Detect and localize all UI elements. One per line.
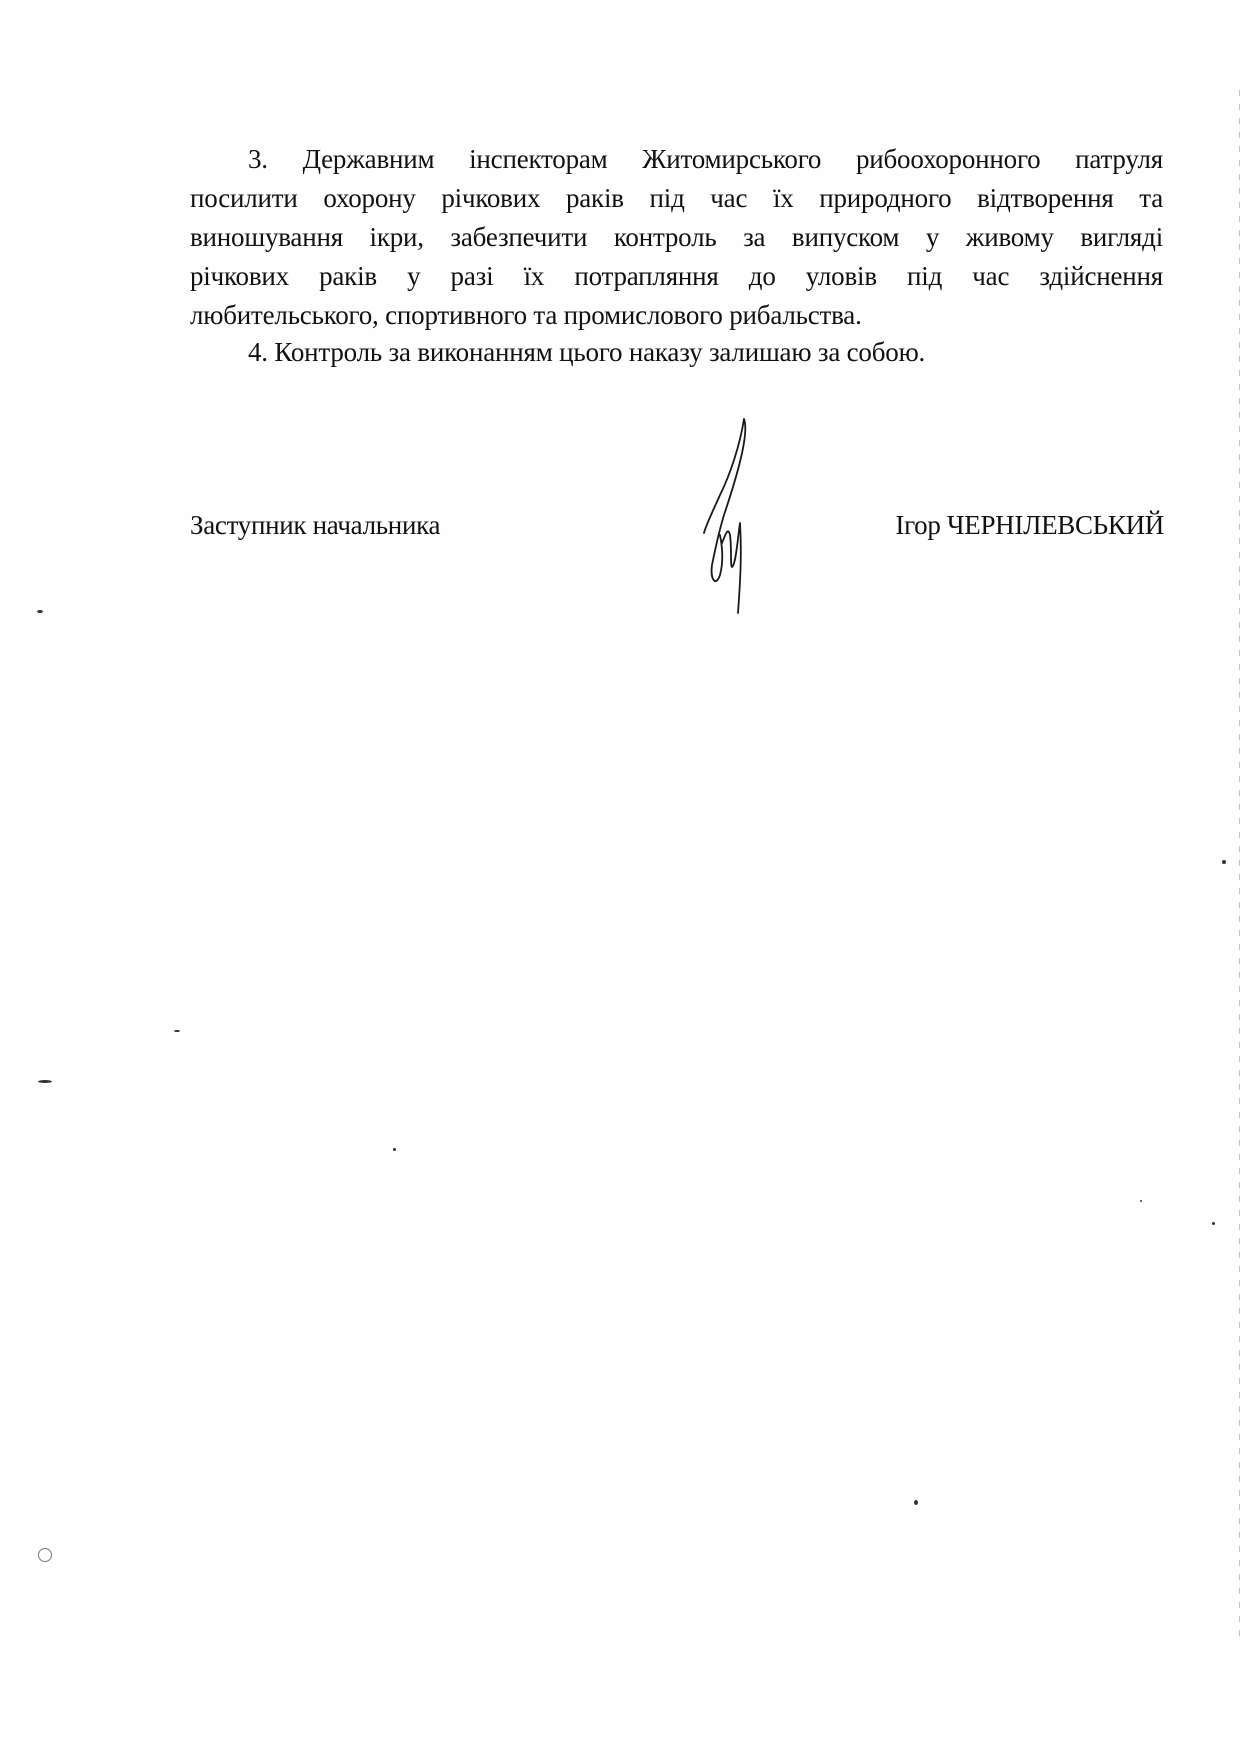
scan-speck — [914, 1500, 918, 1505]
paragraph-line: 4. Контроль за виконанням цього наказу з… — [190, 333, 1163, 372]
scan-speck — [37, 610, 43, 613]
scan-edge-line — [1239, 90, 1240, 1640]
scan-speck — [1222, 860, 1226, 864]
scan-speck — [38, 1080, 52, 1083]
paragraph-line: річкових раків у разі їх потрапляння до … — [190, 257, 1163, 296]
scan-speck — [174, 1030, 180, 1032]
handwritten-signature-icon — [700, 415, 780, 615]
paragraph-line: 3. Державним інспекторам Житомирського р… — [190, 140, 1163, 179]
paragraph-line: любительського, спортивного та промислов… — [190, 296, 1163, 335]
scan-speck — [1140, 1200, 1142, 1202]
paragraph-3: 3. Державним інспекторам Житомирського р… — [190, 140, 1163, 335]
paragraph-line: посилити охорону річкових раків під час … — [190, 179, 1163, 218]
scan-speck — [1212, 1222, 1215, 1225]
signer-position-title: Заступник начальника — [190, 510, 440, 541]
paragraph-4: 4. Контроль за виконанням цього наказу з… — [190, 333, 1163, 372]
signer-name: Ігор ЧЕРНІЛЕВСЬКИЙ — [895, 510, 1164, 541]
paragraph-line: виношування ікри, забезпечити контроль з… — [190, 218, 1163, 257]
document-page: 3. Державним інспекторам Житомирського р… — [0, 0, 1244, 1756]
scan-speck — [38, 1548, 52, 1562]
scan-speck — [393, 1148, 396, 1151]
